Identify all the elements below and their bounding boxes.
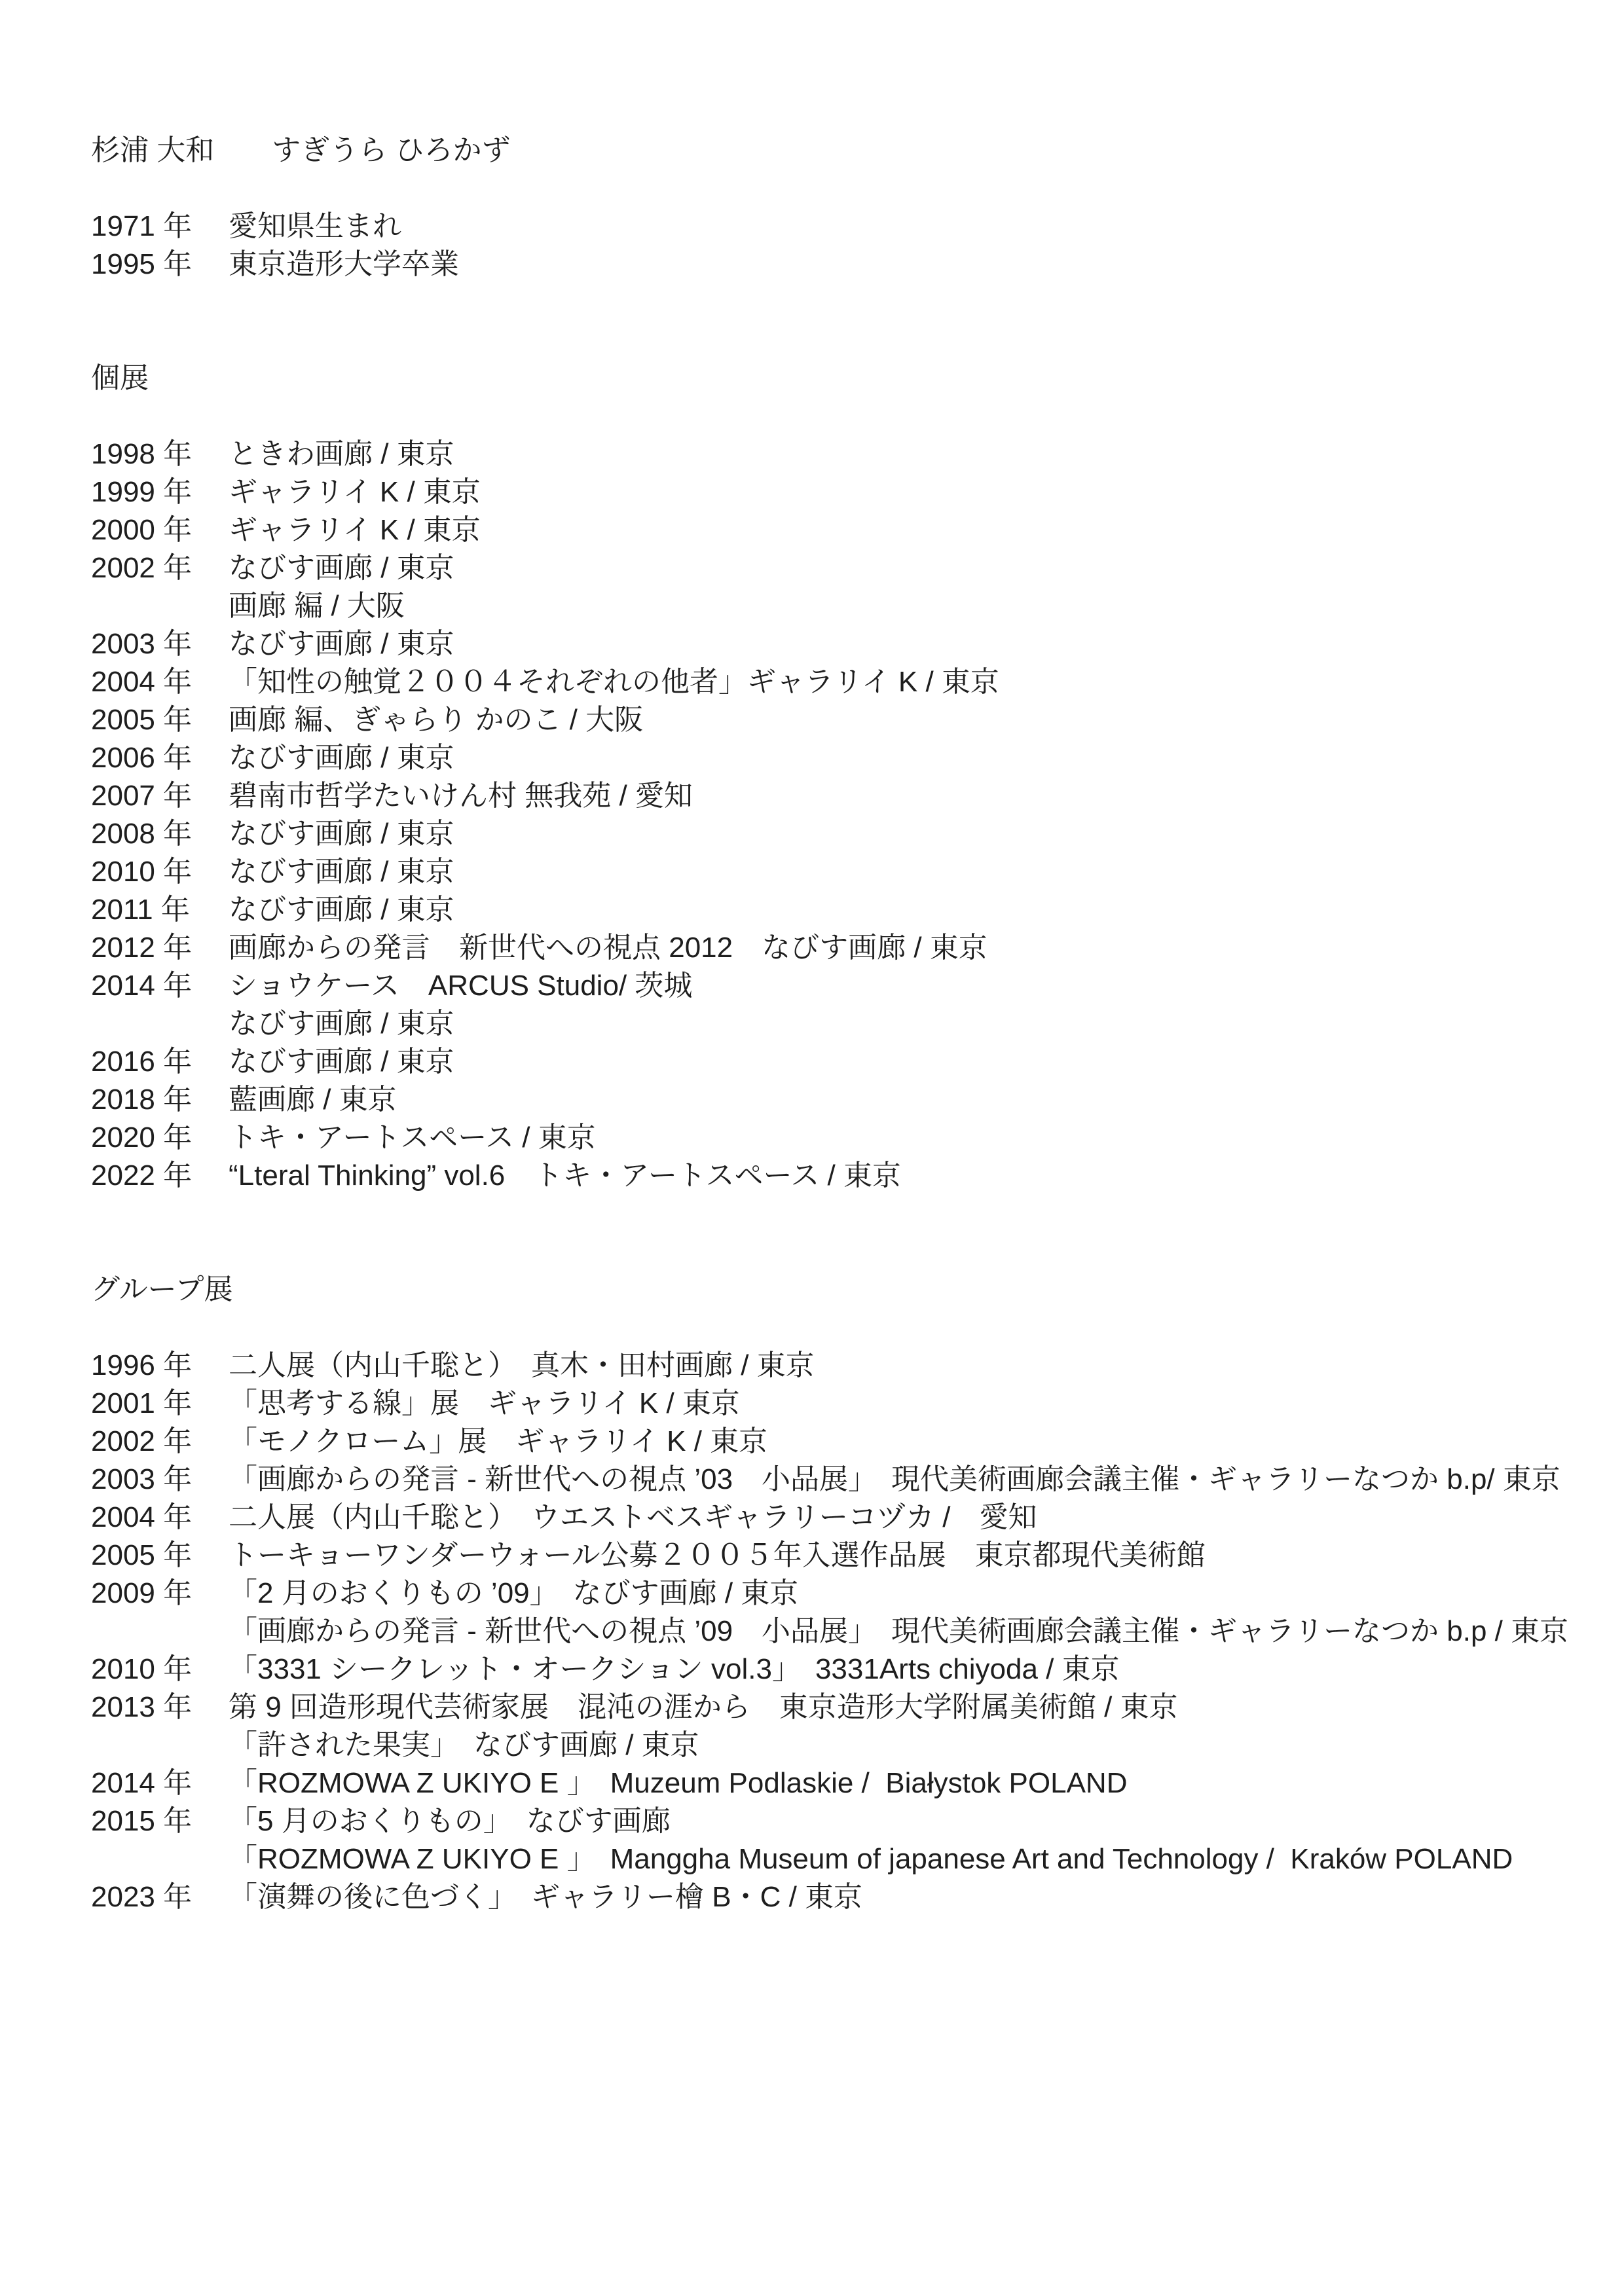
exhibition-text: なびす画廊 / 東京 <box>229 891 1604 929</box>
exhibition-text: 東京造形大学卒業 <box>229 246 1604 283</box>
exhibition-text: なびす画廊 / 東京 <box>229 1005 1604 1043</box>
name-line: 杉浦 大和 すぎうら ひろかず <box>91 132 1604 170</box>
section-title: グループ展 <box>91 1271 1604 1309</box>
exhibition-list: 1998 年 ときわ画廊 / 東京 1999 年 ギャラリイ K / 東京 20… <box>91 435 1604 1195</box>
exhibition-row: 2009 年 「2 月のおくりもの ’09」 なびす画廊 / 東京 <box>91 1575 1604 1613</box>
exhibition-row: 2013 年 第 9 回造形現代芸術家展 混沌の涯から 東京造形大学附属美術館 … <box>91 1688 1604 1726</box>
exhibition-text: 画廊からの発言 新世代への視点 2012 なびす画廊 / 東京 <box>229 929 1604 967</box>
exhibition-row: 2005 年 画廊 編、ぎゃらり かのこ / 大阪 <box>91 701 1604 739</box>
exhibition-row: 2005 年 トーキョーワンダーウォール公募２００５年入選作品展 東京都現代美術… <box>91 1537 1604 1575</box>
exhibition-text: なびす画廊 / 東京 <box>229 549 1604 587</box>
exhibition-row: 2006 年 なびす画廊 / 東京 <box>91 739 1604 777</box>
exhibition-text: 「2 月のおくりもの ’09」 なびす画廊 / 東京 <box>229 1575 1604 1613</box>
exhibition-text: ギャラリイ K / 東京 <box>229 511 1604 549</box>
exhibition-row: 2011 年 なびす画廊 / 東京 <box>91 891 1604 929</box>
exhibition-text: ギャラリイ K / 東京 <box>229 473 1604 511</box>
exhibition-text: “Lteral Thinking” vol.6 トキ・アートスペース / 東京 <box>229 1157 1604 1195</box>
exhibition-text: 「ROZMOWA Z UKIYO E 」 Manggha Museum of j… <box>229 1840 1604 1878</box>
exhibition-year: 2014 年 <box>91 967 229 1005</box>
exhibition-year: 2002 年 <box>91 549 229 587</box>
exhibition-year <box>91 1613 229 1650</box>
exhibition-text: 「許された果実」 なびす画廊 / 東京 <box>229 1726 1604 1764</box>
artist-name: 杉浦 大和 <box>91 132 214 170</box>
exhibition-text: なびす画廊 / 東京 <box>229 1043 1604 1081</box>
exhibition-year: 2015 年 <box>91 1802 229 1840</box>
exhibition-year: 2002 年 <box>91 1423 229 1461</box>
exhibition-text: 二人展（内山千聡と） ウエストベスギャラリーコヅカ / 愛知 <box>229 1499 1604 1537</box>
exhibition-year: 2022 年 <box>91 1157 229 1195</box>
exhibition-text: ときわ画廊 / 東京 <box>229 435 1604 473</box>
exhibition-text: 愛知県生まれ <box>229 208 1604 246</box>
exhibition-row: 1998 年 ときわ画廊 / 東京 <box>91 435 1604 473</box>
section-title: 個展 <box>91 359 1604 397</box>
exhibition-row: 画廊 編 / 大阪 <box>91 587 1604 625</box>
bio-row: 1971 年 愛知県生まれ <box>91 208 1604 246</box>
exhibition-year: 2018 年 <box>91 1081 229 1119</box>
exhibition-row: 2004 年 「知性の触覚２００４それぞれの他者」ギャラリイ K / 東京 <box>91 663 1604 701</box>
exhibition-year: 2001 年 <box>91 1385 229 1423</box>
exhibition-row: 2003 年 なびす画廊 / 東京 <box>91 625 1604 663</box>
exhibition-year: 1999 年 <box>91 473 229 511</box>
exhibition-row: 1999 年 ギャラリイ K / 東京 <box>91 473 1604 511</box>
exhibition-text: 第 9 回造形現代芸術家展 混沌の涯から 東京造形大学附属美術館 / 東京 <box>229 1688 1604 1726</box>
exhibition-year: 2014 年 <box>91 1764 229 1802</box>
exhibition-row: 2015 年 「5 月のおくりもの」 なびす画廊 <box>91 1802 1604 1840</box>
exhibition-year: 2004 年 <box>91 1499 229 1537</box>
exhibition-text: 「ROZMOWA Z UKIYO E 」 Muzeum Podlaskie / … <box>229 1764 1604 1802</box>
exhibition-year: 2012 年 <box>91 929 229 967</box>
exhibition-row: 2023 年 「演舞の後に色づく」 ギャラリー檜 B・C / 東京 <box>91 1878 1604 1916</box>
exhibition-text: なびす画廊 / 東京 <box>229 739 1604 777</box>
exhibition-year: 2010 年 <box>91 853 229 891</box>
exhibition-row: 2002 年 なびす画廊 / 東京 <box>91 549 1604 587</box>
section-solo-exhibitions: 個展 1998 年 ときわ画廊 / 東京 1999 年 ギャラリイ K / 東京… <box>91 359 1604 1195</box>
exhibition-text: 「3331 シークレット・オークション vol.3」 3331Arts chiy… <box>229 1650 1604 1688</box>
exhibition-year: 2004 年 <box>91 663 229 701</box>
exhibition-text: 藍画廊 / 東京 <box>229 1081 1604 1119</box>
exhibition-year: 2023 年 <box>91 1878 229 1916</box>
exhibition-year: 1998 年 <box>91 435 229 473</box>
bio-list: 1971 年 愛知県生まれ 1995 年 東京造形大学卒業 <box>91 208 1604 283</box>
exhibition-year: 2005 年 <box>91 1537 229 1575</box>
exhibition-text: なびす画廊 / 東京 <box>229 625 1604 663</box>
exhibition-year: 2011 年 <box>91 891 229 929</box>
exhibition-year <box>91 1840 229 1878</box>
exhibition-text: トーキョーワンダーウォール公募２００５年入選作品展 東京都現代美術館 <box>229 1537 1604 1575</box>
exhibition-year: 1971 年 <box>91 208 229 246</box>
exhibition-year: 1996 年 <box>91 1347 229 1385</box>
exhibition-row: 2007 年 碧南市哲学たいけん村 無我苑 / 愛知 <box>91 777 1604 815</box>
exhibition-row: 2000 年 ギャラリイ K / 東京 <box>91 511 1604 549</box>
exhibition-text: 二人展（内山千聡と） 真木・田村画廊 / 東京 <box>229 1347 1604 1385</box>
exhibition-year: 1995 年 <box>91 246 229 283</box>
exhibition-year: 2005 年 <box>91 701 229 739</box>
exhibition-row: 2008 年 なびす画廊 / 東京 <box>91 815 1604 853</box>
artist-name-kana: すぎうら ひろかず <box>272 132 510 170</box>
exhibition-text: 「5 月のおくりもの」 なびす画廊 <box>229 1802 1604 1840</box>
exhibition-text: 「画廊からの発言 - 新世代への視点 ’03 小品展」 現代美術画廊会議主催・ギ… <box>229 1461 1604 1499</box>
exhibition-year: 2003 年 <box>91 625 229 663</box>
exhibition-row: 2004 年 二人展（内山千聡と） ウエストベスギャラリーコヅカ / 愛知 <box>91 1499 1604 1537</box>
exhibition-text: 「演舞の後に色づく」 ギャラリー檜 B・C / 東京 <box>229 1878 1604 1916</box>
section-group-exhibitions: グループ展 1996 年 二人展（内山千聡と） 真木・田村画廊 / 東京 200… <box>91 1271 1604 1916</box>
exhibition-row: 「許された果実」 なびす画廊 / 東京 <box>91 1726 1604 1764</box>
exhibition-year <box>91 1005 229 1043</box>
exhibition-text: 画廊 編、ぎゃらり かのこ / 大阪 <box>229 701 1604 739</box>
exhibition-row: 2010 年 「3331 シークレット・オークション vol.3」 3331Ar… <box>91 1650 1604 1688</box>
exhibition-year: 2000 年 <box>91 511 229 549</box>
exhibition-row: 2018 年 藍画廊 / 東京 <box>91 1081 1604 1119</box>
exhibition-year <box>91 1726 229 1764</box>
exhibition-year: 2009 年 <box>91 1575 229 1613</box>
exhibition-text: 画廊 編 / 大阪 <box>229 587 1604 625</box>
exhibition-row: 2014 年 ショウケース ARCUS Studio/ 茨城 <box>91 967 1604 1005</box>
exhibition-text: ショウケース ARCUS Studio/ 茨城 <box>229 967 1604 1005</box>
exhibition-year: 2003 年 <box>91 1461 229 1499</box>
exhibition-text: 「画廊からの発言 - 新世代への視点 ’09 小品展」 現代美術画廊会議主催・ギ… <box>229 1613 1604 1650</box>
exhibition-year: 2020 年 <box>91 1119 229 1157</box>
bio-row: 1995 年 東京造形大学卒業 <box>91 246 1604 283</box>
exhibition-row: 2016 年 なびす画廊 / 東京 <box>91 1043 1604 1081</box>
exhibition-row: 2010 年 なびす画廊 / 東京 <box>91 853 1604 891</box>
resume-page: 杉浦 大和 すぎうら ひろかず 1971 年 愛知県生まれ 1995 年 東京造… <box>0 0 1624 1916</box>
exhibition-year: 2016 年 <box>91 1043 229 1081</box>
exhibition-year: 2007 年 <box>91 777 229 815</box>
exhibition-row: 2014 年 「ROZMOWA Z UKIYO E 」 Muzeum Podla… <box>91 1764 1604 1802</box>
exhibition-year <box>91 587 229 625</box>
exhibition-row: 2001 年 「思考する線」展 ギャラリイ K / 東京 <box>91 1385 1604 1423</box>
exhibition-row: 1996 年 二人展（内山千聡と） 真木・田村画廊 / 東京 <box>91 1347 1604 1385</box>
exhibition-row: 「画廊からの発言 - 新世代への視点 ’09 小品展」 現代美術画廊会議主催・ギ… <box>91 1613 1604 1650</box>
exhibition-row: 2012 年 画廊からの発言 新世代への視点 2012 なびす画廊 / 東京 <box>91 929 1604 967</box>
exhibition-row: 2002 年 「モノクローム」展 ギャラリイ K / 東京 <box>91 1423 1604 1461</box>
exhibition-year: 2010 年 <box>91 1650 229 1688</box>
exhibition-text: 碧南市哲学たいけん村 無我苑 / 愛知 <box>229 777 1604 815</box>
exhibition-text: 「思考する線」展 ギャラリイ K / 東京 <box>229 1385 1604 1423</box>
exhibition-text: なびす画廊 / 東京 <box>229 853 1604 891</box>
exhibition-year: 2006 年 <box>91 739 229 777</box>
exhibition-row: 2003 年 「画廊からの発言 - 新世代への視点 ’03 小品展」 現代美術画… <box>91 1461 1604 1499</box>
exhibition-row: 2020 年 トキ・アートスペース / 東京 <box>91 1119 1604 1157</box>
exhibition-text: 「モノクローム」展 ギャラリイ K / 東京 <box>229 1423 1604 1461</box>
exhibition-text: なびす画廊 / 東京 <box>229 815 1604 853</box>
exhibition-text: 「知性の触覚２００４それぞれの他者」ギャラリイ K / 東京 <box>229 663 1604 701</box>
exhibition-row: なびす画廊 / 東京 <box>91 1005 1604 1043</box>
exhibition-list: 1996 年 二人展（内山千聡と） 真木・田村画廊 / 東京 2001 年 「思… <box>91 1347 1604 1916</box>
exhibition-row: 2022 年 “Lteral Thinking” vol.6 トキ・アートスペー… <box>91 1157 1604 1195</box>
exhibition-row: 「ROZMOWA Z UKIYO E 」 Manggha Museum of j… <box>91 1840 1604 1878</box>
exhibition-year: 2008 年 <box>91 815 229 853</box>
exhibition-text: トキ・アートスペース / 東京 <box>229 1119 1604 1157</box>
exhibition-year: 2013 年 <box>91 1688 229 1726</box>
